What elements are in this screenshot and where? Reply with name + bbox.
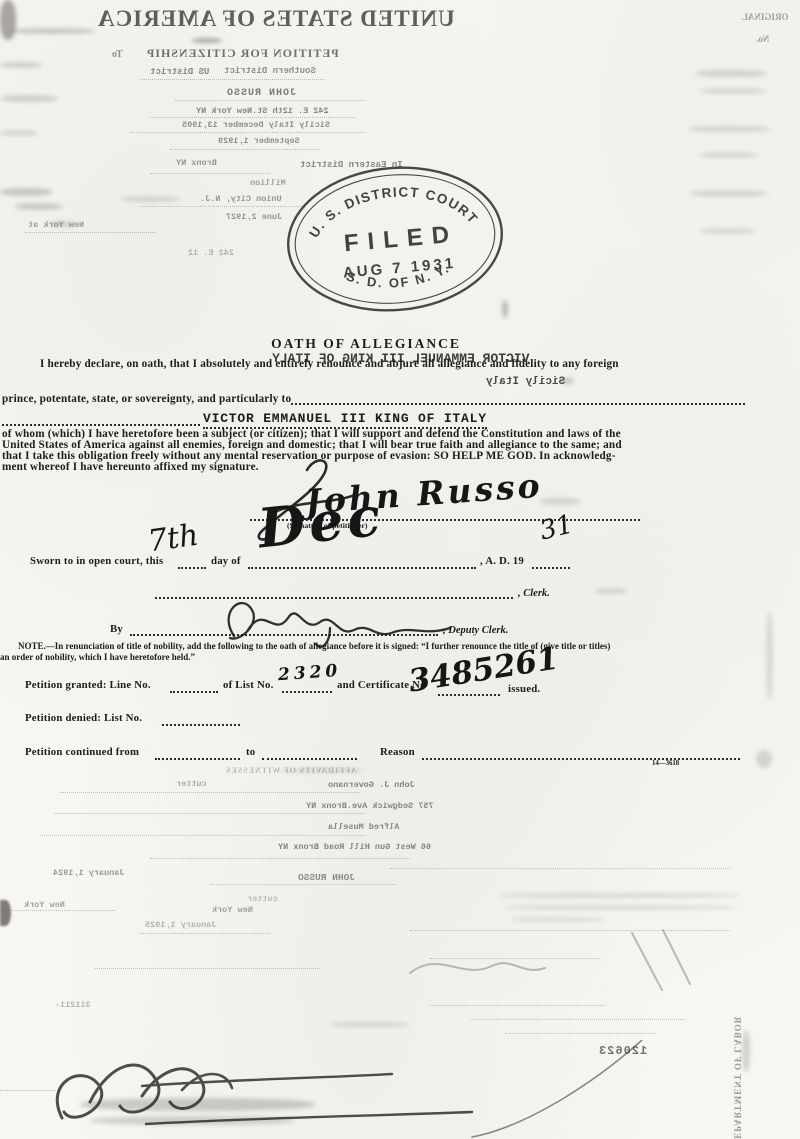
- bleedthrough-text: US District: [150, 67, 209, 77]
- bleedthrough-text: Southern District: [224, 66, 316, 76]
- list-no-handwritten: 2320: [277, 661, 342, 685]
- sworn-year-line: [532, 567, 570, 569]
- stamp-filed-text: FILED: [343, 221, 459, 258]
- sworn-day-handwritten: 7th: [146, 518, 201, 560]
- line-no-blank: [170, 691, 218, 693]
- ink-smudge: [120, 196, 180, 202]
- ghost-rule: [60, 792, 360, 793]
- ghost-rule: [140, 933, 270, 934]
- continued-to-blank: [262, 758, 357, 760]
- bleedthrough-text: Bronx NY: [176, 158, 217, 168]
- reason-blank: [422, 758, 740, 760]
- ghost-signature-bottom: [30, 1040, 710, 1139]
- petition-denied-label: Petition denied: List No.: [25, 712, 142, 724]
- bleedthrough-text: Sicily Italy December 13,1905: [182, 120, 330, 130]
- ink-smudge: [510, 917, 605, 922]
- ghost-rule: [505, 1033, 655, 1034]
- ink-smudge: [742, 1030, 750, 1072]
- bleedthrough-text: 242 E. 12th St.New York NY: [196, 106, 329, 116]
- ghost-rule: [55, 813, 365, 814]
- continued-to-label: to: [246, 746, 255, 758]
- ink-smudge: [766, 612, 773, 700]
- ghost-rule: [210, 884, 395, 885]
- list-no-blank: [282, 691, 332, 693]
- ghost-rule: [390, 868, 730, 869]
- bleedthrough-text: Million: [250, 178, 286, 188]
- bleedthrough-text: Alfred Musella: [328, 822, 399, 832]
- bleedthrough-text: June 2,1927: [226, 212, 282, 222]
- ghost-rule: [170, 149, 320, 150]
- denied-list-blank: [162, 724, 240, 726]
- ink-smudge: [0, 0, 16, 40]
- ghost-rule: [0, 910, 115, 911]
- bleedthrough-text: JOHN RUSSO: [298, 872, 355, 883]
- bleedthrough-text: 311211-: [55, 1000, 91, 1010]
- ruler-name-typed: VICTOR EMMANUEL III KING OF ITALY: [203, 411, 487, 429]
- bleedthrough-text: To: [112, 49, 123, 60]
- ghost-rule: [175, 100, 365, 101]
- ink-smudge: [756, 750, 772, 768]
- ink-smudge: [700, 88, 766, 94]
- oath-paragraph-line2-text: prince, potentate, state, or sovereignty…: [2, 393, 291, 405]
- oath-body-line4: ment whereof I have hereunto affixed my …: [2, 461, 259, 473]
- continued-from-blank: [155, 758, 240, 760]
- ghost-rule: [95, 968, 320, 969]
- court-filed-stamp: U. S. DISTRICT COURT FILED AUG 7 1931 S.…: [283, 163, 513, 315]
- bleedthrough-text: January 1,1925: [145, 920, 216, 930]
- ink-smudge: [560, 378, 574, 384]
- petition-continued-label: Petition continued from: [25, 746, 139, 758]
- ghost-rule: [470, 1019, 685, 1020]
- bleedthrough-text: John J. Governano: [328, 780, 415, 790]
- ink-smudge: [505, 905, 737, 910]
- ghost-rule: [130, 132, 365, 133]
- bleedthrough-text: January 1,1924: [53, 868, 124, 878]
- bleedthrough-text: DEPARTMENT OF LABOR: [732, 1016, 742, 1139]
- ink-smudge: [688, 126, 770, 132]
- ink-smudge: [0, 95, 58, 102]
- note-line2: an order of nobility, which I have heret…: [0, 652, 195, 662]
- sworn-month-handwritten: Dec: [255, 484, 387, 561]
- sworn-day-of-label: day of: [211, 555, 241, 567]
- ink-smudge: [0, 62, 42, 68]
- bleedthrough-text: New York: [212, 905, 253, 915]
- sworn-ad-label: , A. D. 19: [480, 555, 524, 567]
- bleedthrough-text: cutter: [247, 894, 278, 904]
- ink-smudge: [50, 221, 76, 227]
- ink-smudge: [0, 900, 11, 926]
- ink-smudge: [0, 188, 52, 196]
- ink-smudge: [695, 70, 767, 77]
- bleedthrough-text: JOHN RUSSO: [226, 88, 296, 99]
- sworn-year-handwritten: 31: [537, 509, 576, 546]
- ghost-rule: [150, 858, 410, 859]
- bleedthrough-text: 66 West Gun Hill Road Bronx NY: [278, 842, 431, 852]
- bleedthrough-text: UNITED STATES OF AMERICA: [97, 6, 455, 32]
- bleedthrough-text: September 1,1929: [218, 136, 300, 146]
- ghost-rule: [430, 1005, 605, 1006]
- ink-smudge: [700, 228, 755, 234]
- oath-heading: OATH OF ALLEGIANCE: [216, 336, 516, 352]
- sworn-day-line: [178, 567, 206, 569]
- fill-in-line: [291, 390, 745, 405]
- ink-smudge: [540, 498, 580, 505]
- of-list-no-label: of List No.: [223, 679, 274, 691]
- reason-label: Reason: [380, 746, 415, 758]
- ink-smudge: [10, 28, 95, 34]
- ghost-rule: [140, 79, 325, 80]
- bleedthrough-text: ORIGINAL: [742, 12, 789, 22]
- ink-smudge: [280, 768, 365, 773]
- bleedthrough-text: 757 Sedgwick Ave.Bronx NY: [306, 801, 434, 811]
- fill-in-line: [2, 424, 200, 426]
- bleedthrough-text: No.: [756, 34, 769, 44]
- ink-smudge: [595, 588, 627, 594]
- ghost-rule: [40, 835, 365, 836]
- sworn-prefix: Sworn to in open court, this: [30, 555, 163, 567]
- petition-granted-label: Petition granted: Line No.: [25, 679, 151, 691]
- form-number: 14—3618: [652, 760, 679, 767]
- ink-smudge: [15, 203, 63, 210]
- certificate-blank: [438, 694, 500, 696]
- issued-label: issued.: [508, 683, 540, 695]
- bleedthrough-text: Sicily Italy: [486, 376, 565, 388]
- ink-smudge: [0, 130, 38, 136]
- scanned-document-page: ORIGINALUNITED STATES OF AMERICAPETITION…: [0, 0, 800, 1139]
- oath-paragraph-line2: prince, potentate, state, or sovereignty…: [2, 390, 745, 405]
- ghost-scrawl-mid: [400, 928, 720, 1003]
- ink-smudge: [330, 1022, 410, 1027]
- bleedthrough-text: cutter: [176, 779, 207, 789]
- ghost-rule: [140, 206, 305, 207]
- bleedthrough-text: 242 E. 12: [188, 248, 234, 258]
- ink-smudge: [700, 152, 758, 158]
- ink-smudge: [192, 38, 222, 43]
- by-label: By: [110, 623, 123, 635]
- ink-smudge: [500, 893, 740, 898]
- ghost-rule: [150, 117, 355, 118]
- ghost-rule: [150, 173, 270, 174]
- bleedthrough-text: Union City, N.J.: [200, 194, 282, 204]
- sworn-month-line: [248, 567, 476, 569]
- ink-smudge: [690, 190, 768, 197]
- bleedthrough-text: New York: [24, 900, 65, 910]
- oath-paragraph-line1: I hereby declare, on oath, that I absolu…: [40, 358, 619, 370]
- clerk-label: , Clerk.: [518, 588, 550, 599]
- bleedthrough-text: PETITION FOR CITIZENSHIP: [146, 46, 339, 61]
- ghost-rule: [25, 232, 155, 233]
